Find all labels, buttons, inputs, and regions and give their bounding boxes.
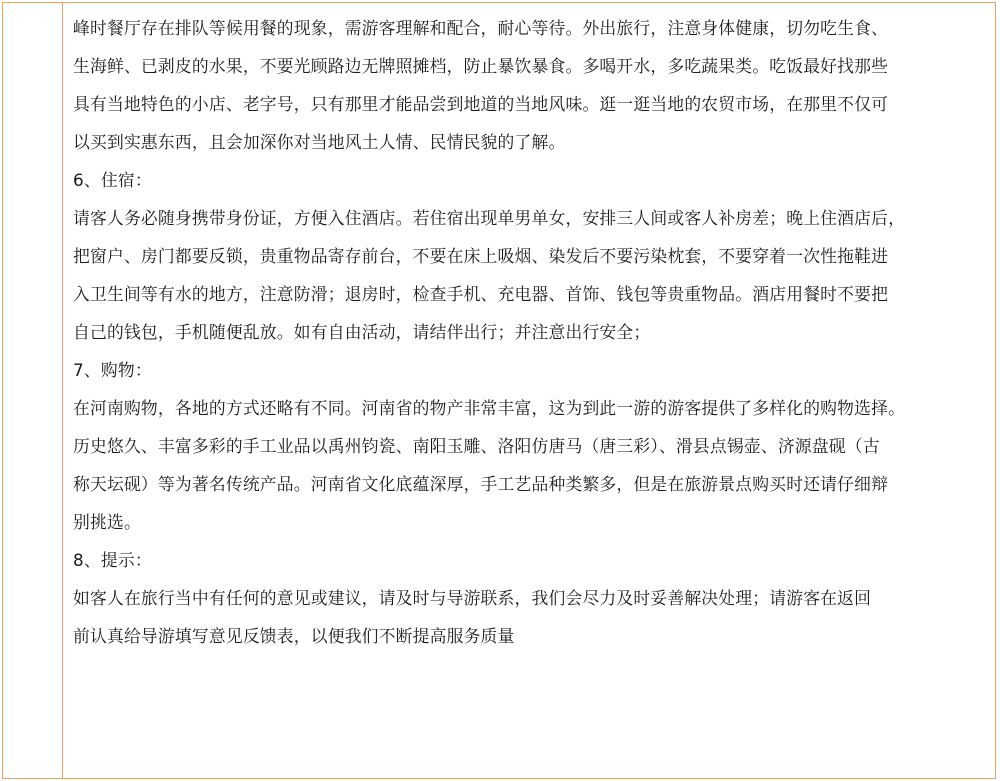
- paragraph-line-tips: 前认真给导游填写意见反馈表，以便我们不断提高服务质量: [73, 617, 985, 655]
- itinerary-notes-table: 峰时餐厅存在排队等候用餐的现象，需游客理解和配合，耐心等待。外出旅行，注意身体健…: [2, 2, 996, 779]
- paragraph-line-tips: 如客人在旅行当中有任何的意见或建议，请及时与导游联系，我们会尽力及时妥善解决处理…: [73, 579, 985, 617]
- paragraph-line-lodging: 自己的钱包，手机随便乱放。如有自由活动，请结伴出行；并注意出行安全；: [73, 313, 985, 351]
- paragraph-line-dining: 具有当地特色的小店、老字号，只有那里才能品尝到地道的当地风味。逛一逛当地的农贸市…: [73, 85, 985, 123]
- paragraph-line-lodging: 把窗户、房门都要反锁，贵重物品寄存前台，不要在床上吸烟、染发后不要污染枕套，不要…: [73, 237, 985, 275]
- paragraph-line-shopping: 历史悠久、丰富多彩的手工业品以禹州钧瓷、南阳玉雕、洛阳仿唐马（唐三彩）、滑县点锡…: [73, 427, 985, 465]
- paragraph-line-lodging: 入卫生间等有水的地方，注意防滑；退房时，检查手机、充电器、首饰、钱包等贵重物品。…: [73, 275, 985, 313]
- paragraph-line-dining: 生海鲜、已剥皮的水果，不要光顾路边无牌照摊档，防止暴饮暴食。多喝开水，多吃蔬果类…: [73, 47, 985, 85]
- paragraph-line-shopping: 在河南购物，各地的方式还略有不同。河南省的物产非常丰富，这为到此一游的游客提供了…: [73, 389, 985, 427]
- section-heading-shopping: 7、购物：: [73, 351, 985, 389]
- paragraph-line-shopping: 称天坛砚）等为著名传统产品。河南省文化底蕴深厚，手工艺品种类繁多，但是在旅游景点…: [73, 465, 985, 503]
- section-heading-lodging: 6、住宿：: [73, 161, 985, 199]
- empty-label-cell: [3, 3, 63, 778]
- section-heading-tips: 8、提示：: [73, 541, 985, 579]
- paragraph-line-dining: 以买到实惠东西，且会加深你对当地风土人情、民情民貌的了解。: [73, 123, 985, 161]
- paragraph-line-shopping: 别挑选。: [73, 503, 985, 541]
- paragraph-line-lodging: 请客人务必随身携带身份证，方便入住酒店。若住宿出现单男单女，安排三人间或客人补房…: [73, 199, 985, 237]
- paragraph-line-dining: 峰时餐厅存在排队等候用餐的现象，需游客理解和配合，耐心等待。外出旅行，注意身体健…: [73, 9, 985, 47]
- notes-content-cell: 峰时餐厅存在排队等候用餐的现象，需游客理解和配合，耐心等待。外出旅行，注意身体健…: [63, 3, 995, 778]
